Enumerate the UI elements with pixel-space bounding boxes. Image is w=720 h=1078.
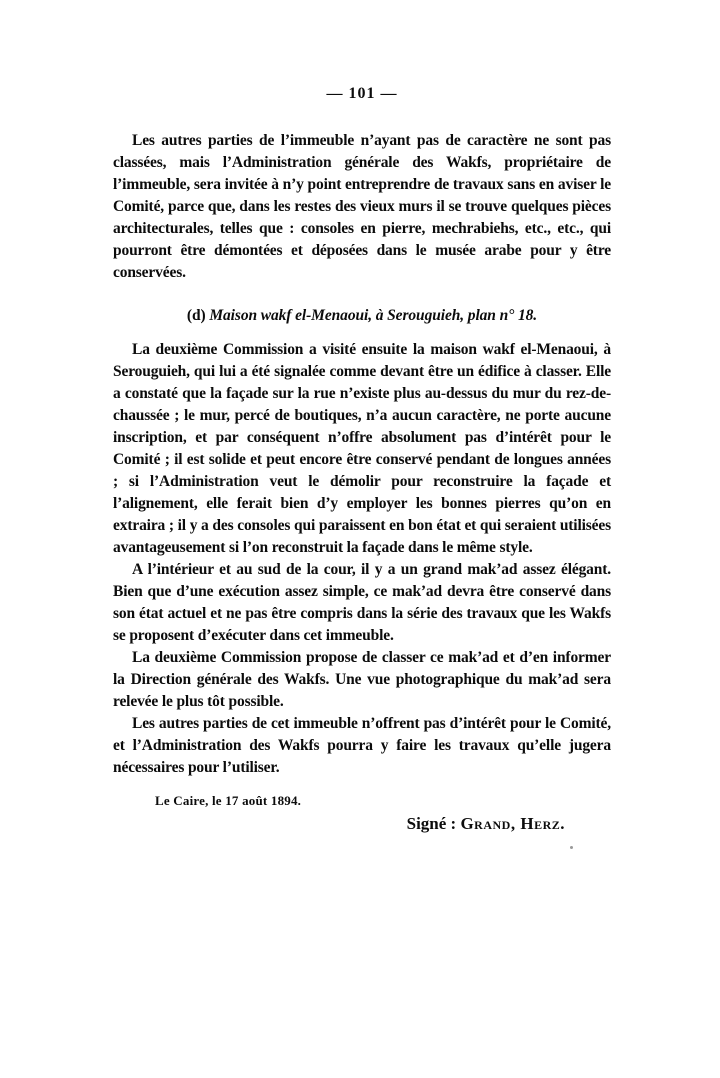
signature-line: Signé : Grand, Herz. xyxy=(113,813,611,835)
paragraph-1: Les autres parties de l’immeuble n’ayant… xyxy=(113,130,611,284)
signature-names: Grand, Herz. xyxy=(460,814,565,833)
paragraph-2: La deuxième Commission a visité ensuite … xyxy=(113,339,611,559)
section-heading-label: (d) xyxy=(187,307,206,324)
section-heading: (d) Maison wakf el-Menaoui, à Serouguieh… xyxy=(113,306,611,326)
page-number: — 101 — xyxy=(113,84,611,104)
paragraph-3: A l’intérieur et au sud de la cour, il y… xyxy=(113,559,611,647)
section-heading-title: Maison wakf el-Menaoui, à Serouguieh, pl… xyxy=(209,307,537,324)
signature-prefix: Signé : xyxy=(407,814,457,833)
paragraph-4: La deuxième Commission propose de classe… xyxy=(113,647,611,713)
ink-speck xyxy=(570,846,573,849)
paragraph-5: Les autres parties de cet immeuble n’off… xyxy=(113,713,611,779)
dateline: Le Caire, le 17 août 1894. xyxy=(155,793,611,809)
text-column: — 101 — Les autres parties de l’immeuble… xyxy=(113,84,611,835)
document-page: — 101 — Les autres parties de l’immeuble… xyxy=(0,0,720,1078)
